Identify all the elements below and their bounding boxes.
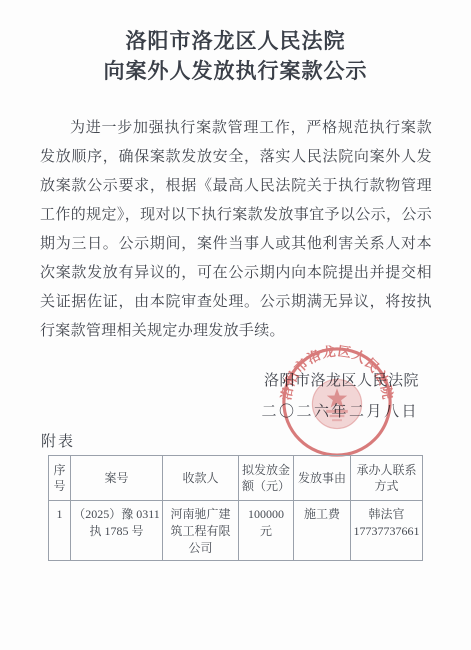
document-title: 洛阳市洛龙区人民法院 向案外人发放执行案款公示 [0,26,471,86]
signature-date: 二〇二六年二月八日 [261,401,419,423]
signature-block: 洛阳市洛龙区人民法院 二〇二六年二月八日 [261,370,419,423]
cell-reason: 施工费 [294,501,351,561]
cell-case-number: （2025）豫 0311 执 1785 号 [71,501,163,561]
header-payee: 收款人 [163,456,239,501]
cell-contact: 韩法官 17737737661 [351,501,423,561]
signature-court-name: 洛阳市洛龙区人民法院 [261,370,419,392]
header-case-number: 案号 [71,456,163,501]
cell-contact-phone: 17737737661 [353,523,420,540]
case-distribution-table: 序号 案号 收款人 拟发放金额（元） 发放事由 承办人联系方式 1 （2025）… [48,455,423,561]
document-title-line2: 向案外人发放执行案款公示 [0,56,471,86]
header-index: 序号 [49,456,71,501]
header-reason: 发放事由 [294,456,351,501]
announcement-body-paragraph: 为进一步加强执行案款管理工作，严格规范执行案款发放顺序，确保案款发放安全，落实人… [40,114,432,346]
cell-index: 1 [49,501,71,561]
appendix-label: 附表 [41,430,75,451]
cell-contact-name: 韩法官 [353,506,420,523]
court-announcement-document: 洛阳市洛龙区人民法院 向案外人发放执行案款公示 为进一步加强执行案款管理工作，严… [0,0,471,650]
table-row: 1 （2025）豫 0311 执 1785 号 河南驰广建筑工程有限公司 100… [49,501,423,561]
document-title-line1: 洛阳市洛龙区人民法院 [0,26,471,56]
table-header-row: 序号 案号 收款人 拟发放金额（元） 发放事由 承办人联系方式 [49,456,423,501]
cell-payee: 河南驰广建筑工程有限公司 [163,501,239,561]
header-amount: 拟发放金额（元） [239,456,294,501]
header-contact: 承办人联系方式 [351,456,423,501]
cell-amount: 100000 元 [239,501,294,561]
